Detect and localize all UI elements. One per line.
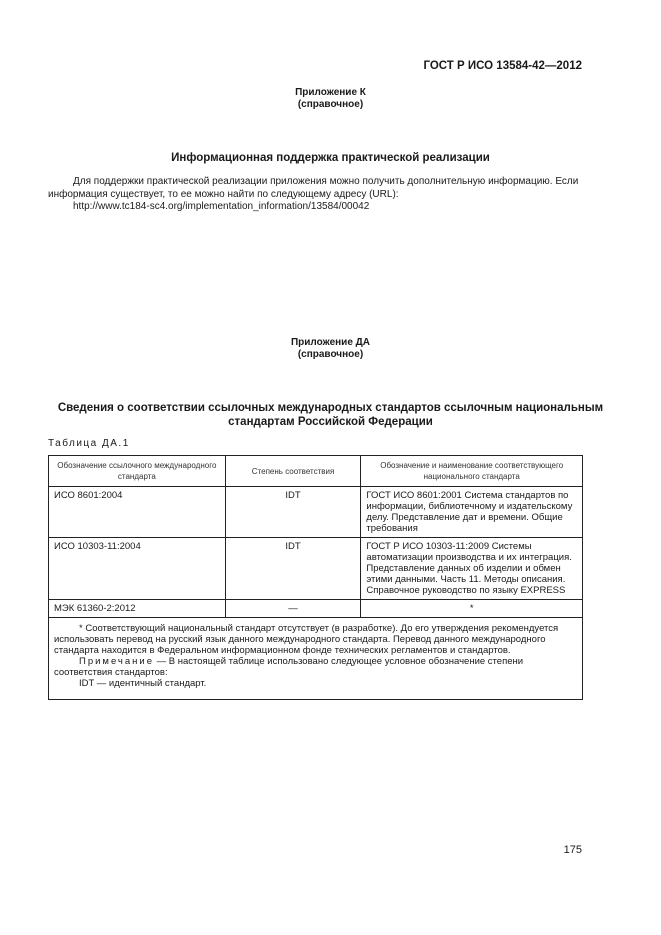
column-header: Обозначение и наименование соответствующ… [361,456,583,487]
annex-da-title: Сведения о соответствии ссылочных междун… [40,401,621,429]
cell-degree: IDT [225,538,361,600]
cell-national-standard: ГОСТ ИСО 8601:2001 Система стандартов по… [361,487,583,538]
note-label: Примечание [79,656,154,667]
footnote: * Соответствующий национальный стандарт … [54,623,577,656]
table-row: ИСО 10303-11:2004 IDT ГОСТ Р ИСО 10303-1… [49,538,583,600]
annex-k-heading: Приложение К (справочное) [0,87,661,111]
cell-intl-standard: ИСО 10303-11:2004 [49,538,226,600]
document-header-id: ГОСТ Р ИСО 13584-42—2012 [423,60,582,72]
annex-da-heading: Приложение ДА (справочное) [0,337,661,361]
table-row: ИСО 8601:2004 IDT ГОСТ ИСО 8601:2001 Сис… [49,487,583,538]
correspondence-table: Обозначение ссылочного международного ст… [48,455,583,700]
annex-k-url[interactable]: http://www.tc184-sc4.org/implementation_… [48,201,583,214]
cell-degree: — [225,600,361,618]
note: Примечание — В настоящей таблице использ… [54,656,577,678]
table-notes: * Соответствующий национальный стандарт … [49,618,583,700]
annex-da-type: (справочное) [0,349,661,361]
cell-national-standard: ГОСТ Р ИСО 10303-11:2009 Системы автомат… [361,538,583,600]
annex-k-label: Приложение К [0,87,661,99]
cell-national-standard: * [361,600,583,618]
cell-degree: IDT [225,487,361,538]
annex-k-type: (справочное) [0,99,661,111]
table-footnote-row: * Соответствующий национальный стандарт … [49,618,583,700]
table-header-row: Обозначение ссылочного международного ст… [49,456,583,487]
column-header: Степень соответствия [225,456,361,487]
table-row: МЭК 61360-2:2012 — * [49,600,583,618]
page-number: 175 [564,844,582,856]
cell-intl-standard: МЭК 61360-2:2012 [49,600,226,618]
annex-k-body: Для поддержки практической реализации пр… [48,176,583,214]
cell-intl-standard: ИСО 8601:2004 [49,487,226,538]
annex-da-label: Приложение ДА [0,337,661,349]
legend: IDT — идентичный стандарт. [54,678,577,689]
table-caption: Таблица ДА.1 [48,438,130,449]
annex-k-title: Информационная поддержка практической ре… [0,151,661,165]
annex-k-paragraph: Для поддержки практической реализации пр… [48,176,583,201]
column-header: Обозначение ссылочного международного ст… [49,456,226,487]
